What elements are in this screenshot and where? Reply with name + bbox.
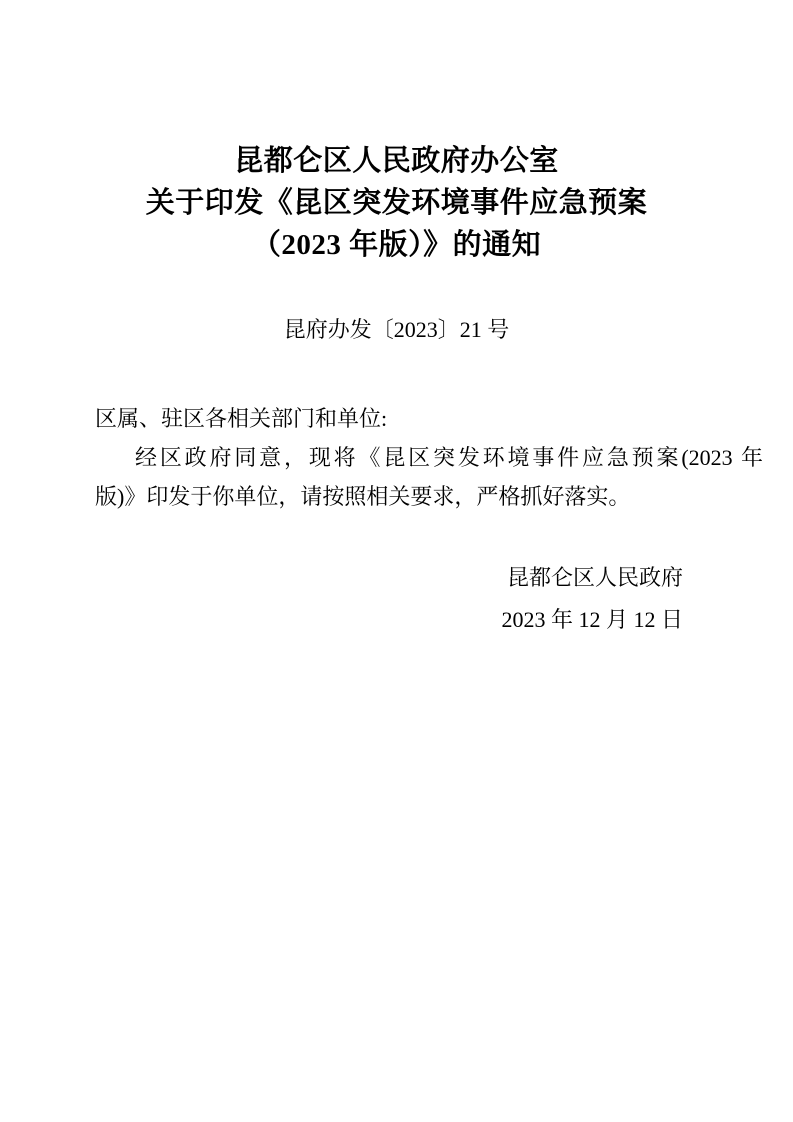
signature-block: 昆都仑区人民政府 2023 年 12 月 12 日: [501, 557, 683, 641]
document-number: 昆府办发〔2023〕21 号: [0, 312, 793, 348]
signature-issuer: 昆都仑区人民政府: [501, 557, 683, 599]
title-line-1: 昆都仑区人民政府办公室: [0, 140, 793, 182]
salutation: 区属、驻区各相关部门和单位:: [95, 399, 763, 438]
document-title: 昆都仑区人民政府办公室 关于印发《昆区突发环境事件应急预案 （2023 年版）》…: [0, 140, 793, 266]
document-body: 区属、驻区各相关部门和单位: 经区政府同意，现将《昆区突发环境事件应急预案(20…: [95, 399, 763, 516]
signature-date: 2023 年 12 月 12 日: [501, 599, 683, 641]
paragraph-line-1: 经区政府同意，现将《昆区突发环境事件应急预案(2023 年: [95, 438, 763, 477]
title-line-2: 关于印发《昆区突发环境事件应急预案: [0, 182, 793, 224]
paragraph-line-2: 版)》印发于你单位，请按照相关要求，严格抓好落实。: [95, 477, 763, 516]
document-page: 昆都仑区人民政府办公室 关于印发《昆区突发环境事件应急预案 （2023 年版）》…: [0, 0, 793, 1122]
title-line-3: （2023 年版）》的通知: [0, 224, 793, 266]
